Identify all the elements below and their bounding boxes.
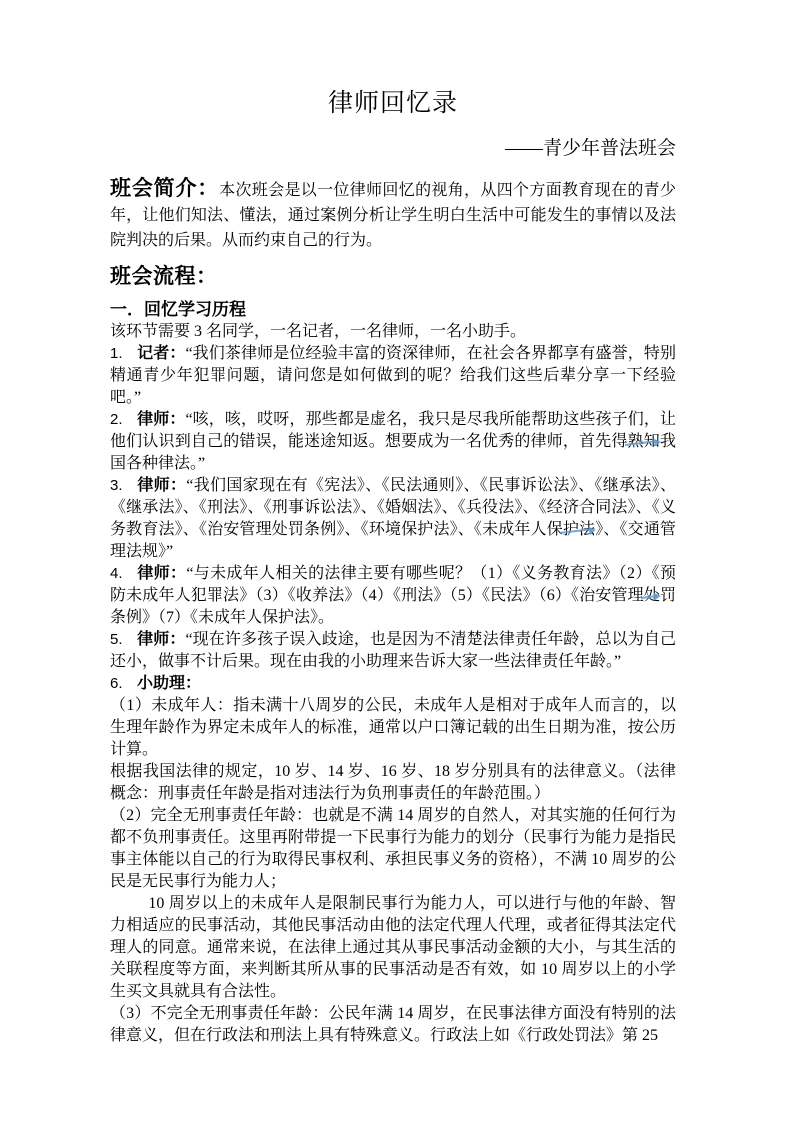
process-heading: 班会流程： bbox=[110, 262, 676, 291]
dialogue-list: 1.记者：“我们茶律师是位经验丰富的资深律师，在社会各界都享有盛誉，特别精通青少… bbox=[110, 343, 676, 695]
dialogue-item: 3.律师：“我们国家现在有《宪法》、《民法通则》、《民事诉讼法》、《继承法》、《… bbox=[110, 475, 676, 563]
revision-mark: 熟知 bbox=[628, 433, 660, 450]
assistant-notes: （1）未成年人：指未满十八周岁的公民，未成年人是相对于成年人而言的，以生理年龄作… bbox=[110, 695, 676, 1047]
dialogue-item: 2.律师：“咳，咳，哎呀，那些都是虚名，我只是尽我所能帮助这些孩子们，让他们认识… bbox=[110, 409, 676, 475]
item-number: 1. bbox=[110, 343, 137, 365]
body-paragraph: 10 周岁以上的未成年人是限制民事行为能力人，可以进行与他的年龄、智力相适应的民… bbox=[110, 893, 676, 1003]
dialogue-item: 4.律师：“与未成年人相关的法律主要有哪些呢？（1）《义务教育法》（2）《预防未… bbox=[110, 563, 676, 629]
dialogue-item: 5.律师：“现在许多孩子误入歧途，也是因为不清楚法律责任年龄，总以为自己还小，做… bbox=[110, 629, 676, 673]
document-title: 律师回忆录 bbox=[110, 86, 676, 122]
item-number: 6. bbox=[110, 673, 137, 695]
item-role: 律师： bbox=[137, 411, 185, 428]
body-paragraph: （1）未成年人：指未满十八周岁的公民，未成年人是相对于成年人而言的，以生理年龄作… bbox=[110, 695, 676, 761]
item-number: 2. bbox=[110, 409, 137, 431]
lead-paragraph: 该环节需要 3 名同学，一名记者，一名律师，一名小助手。 bbox=[110, 321, 676, 343]
dialogue-item: 6.小助理： bbox=[110, 673, 676, 695]
section-heading: 一．回忆学习历程 bbox=[110, 298, 676, 321]
item-role: 律师： bbox=[137, 565, 186, 582]
item-role: 小助理： bbox=[137, 675, 201, 692]
document-subtitle: ——青少年普法班会 bbox=[110, 136, 676, 162]
body-paragraph: （2）完全无刑事责任年龄：也就是不满 14 周岁的自然人，对其实施的任何行为都不… bbox=[110, 805, 676, 893]
item-text: “我们茶律师是位经验丰富的资深律师，在社会各界都享有盛誉，特别精通青少年犯罪问题… bbox=[110, 345, 676, 406]
item-role: 记者： bbox=[137, 345, 185, 362]
revision-mark: 护法 bbox=[563, 521, 595, 538]
intro-label: 班会简介： bbox=[110, 176, 219, 200]
item-text: 根据我国法律的规定，10 岁、14 岁、16 岁、18 岁分别具有的法律意义。（… bbox=[110, 763, 676, 802]
item-text: （3）不完全无刑事责任年龄：公民年满 14 周岁，在民事法律方面没有特别的法律意… bbox=[110, 1005, 676, 1044]
item-text: “咳，咳，哎呀，那些都是虚名，我只是尽我所能帮助这些孩子们，让他们认识到自己的错… bbox=[110, 411, 676, 450]
document-page: 律师回忆录 ——青少年普法班会 班会简介：本次班会是以一位律师回忆的视角，从四个… bbox=[0, 0, 793, 1122]
revision-mark: 处 bbox=[644, 587, 660, 604]
item-number: 5. bbox=[110, 629, 137, 651]
body-paragraph: （3）不完全无刑事责任年龄：公民年满 14 周岁，在民事法律方面没有特别的法律意… bbox=[110, 1003, 676, 1047]
intro-paragraph: 班会简介：本次班会是以一位律师回忆的视角，从四个方面教育现在的青少年，让他们知法… bbox=[110, 176, 676, 253]
item-text: （2）完全无刑事责任年龄：也就是不满 14 周岁的自然人，对其实施的任何行为都不… bbox=[110, 807, 676, 890]
item-text: “现在许多孩子误入歧途，也是因为不清楚法律责任年龄，总以为自己还小，做事不计后果… bbox=[110, 631, 676, 670]
dialogue-item: 1.记者：“我们茶律师是位经验丰富的资深律师，在社会各界都享有盛誉，特别精通青少… bbox=[110, 343, 676, 409]
item-text: “与未成年人相关的法律主要有哪些呢？（1）《义务教育法》（2）《预防未成年人犯罪… bbox=[110, 565, 676, 604]
item-role: 律师： bbox=[137, 631, 185, 648]
item-number: 3. bbox=[110, 475, 137, 497]
body-paragraph: 根据我国法律的规定，10 岁、14 岁、16 岁、18 岁分别具有的法律意义。（… bbox=[110, 761, 676, 805]
item-number: 4. bbox=[110, 563, 137, 585]
item-role: 律师： bbox=[137, 477, 186, 494]
item-text: 10 周岁以上的未成年人是限制民事行为能力人，可以进行与他的年龄、智力相适应的民… bbox=[110, 895, 676, 1000]
item-text: （1）未成年人：指未满十八周岁的公民，未成年人是相对于成年人而言的，以生理年龄作… bbox=[110, 697, 676, 758]
